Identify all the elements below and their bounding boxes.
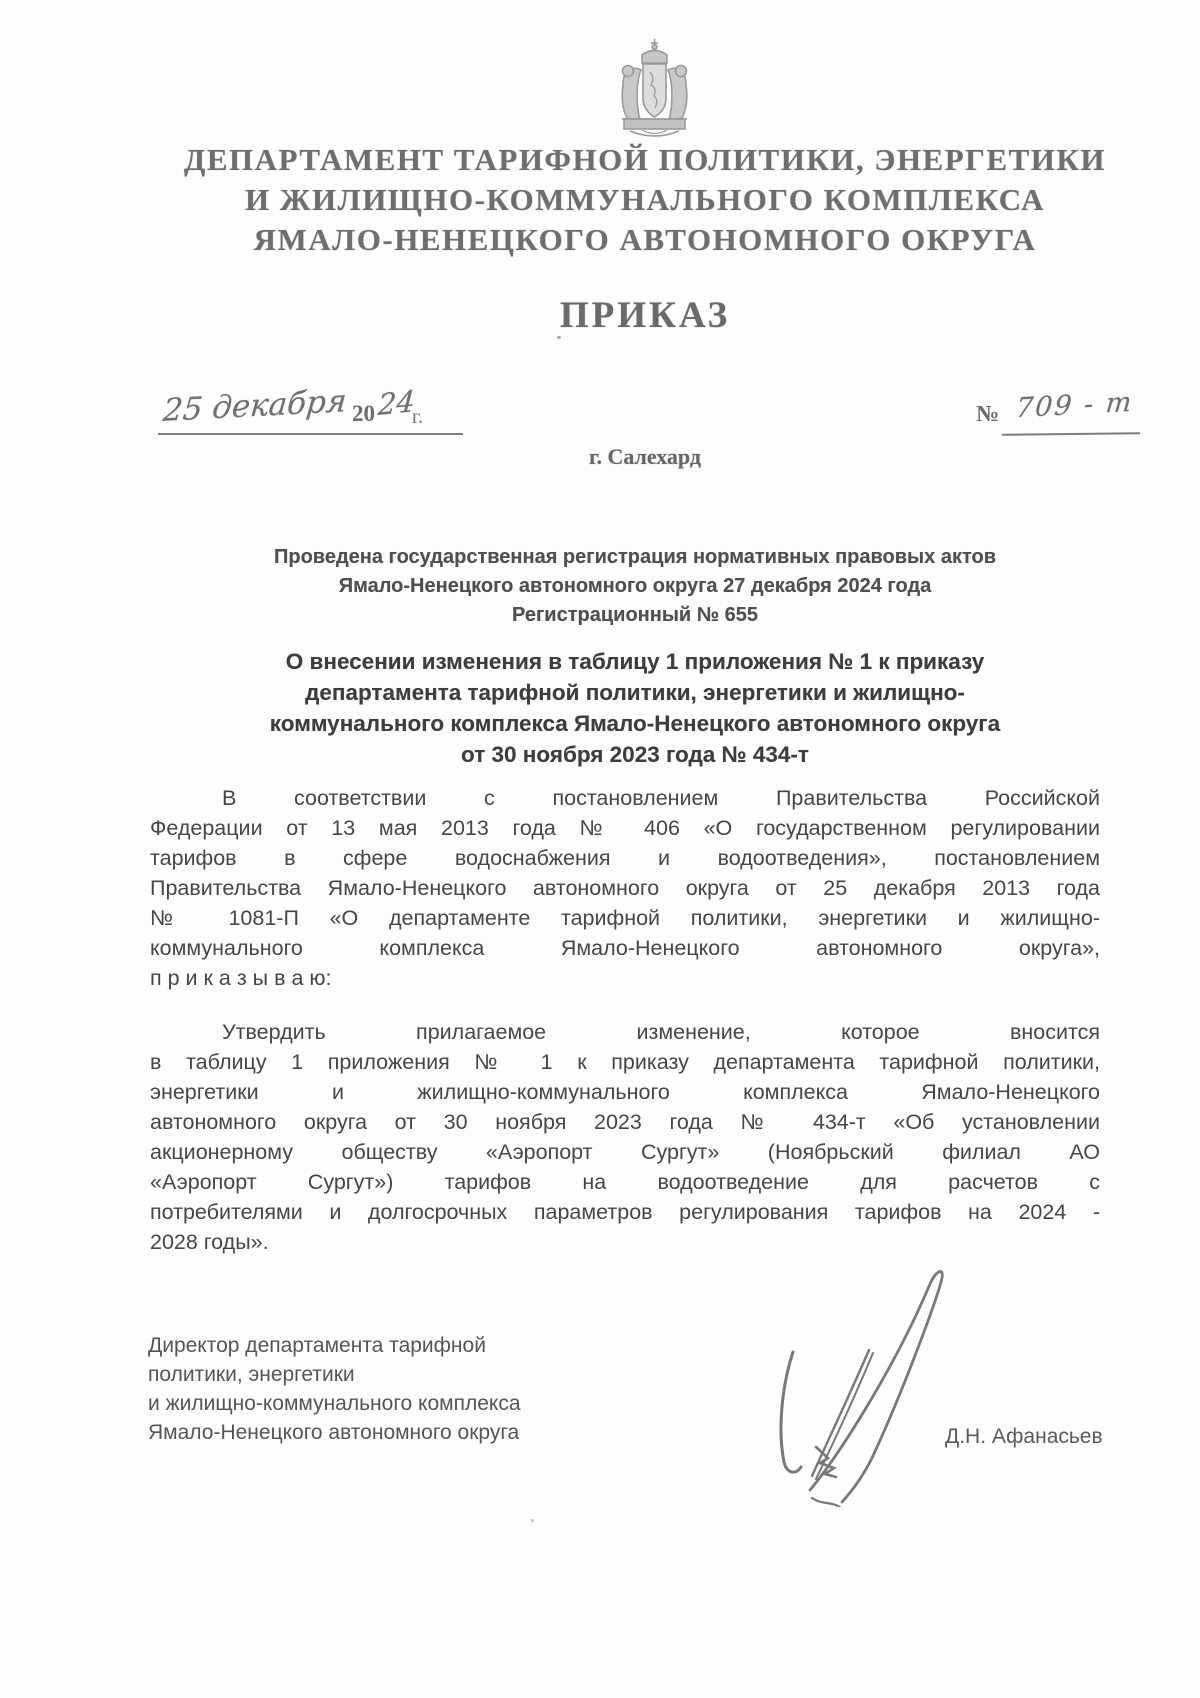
paragraph-line: в таблицу 1 приложения № 1 к приказу деп… [150, 1047, 1100, 1077]
registration-block: Проведена государственная регистрация но… [130, 543, 1140, 630]
subject-line-2: департамента тарифной политики, энергети… [150, 677, 1120, 708]
scanned-order-page: ДЕПАРТАМЕНТ ТАРИФНОЙ ПОЛИТИКИ, ЭНЕРГЕТИК… [0, 0, 1200, 1698]
body-paragraph-1: В соответствии с постановлением Правител… [150, 783, 1100, 993]
paragraph-line: «Аэропорт Сургут») тарифов на водоотведе… [150, 1167, 1100, 1197]
paragraph-line: акционерному обществу «Аэропорт Сургут» … [150, 1137, 1100, 1167]
doc-type-title: ПРИКАЗ [140, 294, 1150, 337]
number-underline [1002, 432, 1140, 435]
org-name: ДЕПАРТАМЕНТ ТАРИФНОЙ ПОЛИТИКИ, ЭНЕРГЕТИК… [140, 140, 1150, 260]
signatory-position: Директор департамента тарифной политики,… [148, 1331, 521, 1447]
subject-line-3: коммунального комплекса Ямало-Ненецкого … [150, 708, 1120, 739]
paragraph-line: п р и к а з ы в а ю: [150, 963, 1100, 993]
paragraph-line: тарифов в сфере водоснабжения и водоотве… [150, 843, 1100, 873]
handwritten-date: 25 декабря [162, 383, 348, 429]
signatory-name: Д.Н. Афанасьев [945, 1425, 1103, 1449]
paragraph-line: 2028 годы». [150, 1227, 1100, 1257]
number-label: № [976, 401, 999, 427]
paragraph-line: энергетики и жилищно-коммунального компл… [150, 1077, 1100, 1107]
year-letter: г. [412, 406, 423, 429]
subject-line-1: О внесении изменения в таблицу 1 приложе… [150, 646, 1120, 677]
coat-of-arms-yanao-icon [612, 38, 697, 146]
registration-line-1: Проведена государственная регистрация но… [130, 543, 1140, 572]
paragraph-line: Правительства Ямало-Ненецкого автономног… [150, 873, 1100, 903]
signatory-position-line-2: политики, энергетики [148, 1360, 521, 1389]
handwritten-number: 709 - т [1015, 387, 1135, 424]
signatory-position-line-1: Директор департамента тарифной [148, 1331, 521, 1360]
registration-line-2: Ямало-Ненецкого автономного округа 27 де… [130, 572, 1140, 601]
body-paragraph-2: Утвердить прилагаемое изменение, которое… [150, 1017, 1100, 1257]
org-name-line-2: И ЖИЛИЩНО-КОММУНАЛЬНОГО КОМПЛЕКСА [140, 180, 1150, 220]
subject-heading: О внесении изменения в таблицу 1 приложе… [150, 646, 1120, 770]
subject-line-4: от 30 ноября 2023 года № 434-т [150, 739, 1120, 770]
signatory-position-line-4: Ямало-Ненецкого автономного округа [148, 1418, 521, 1447]
signature-scrawl [770, 1262, 955, 1507]
paragraph-line: В соответствии с постановлением Правител… [150, 783, 1100, 813]
paragraph-line: Федерации от 13 мая 2013 года № 406 «О г… [150, 813, 1100, 843]
place-line: г. Салехард [140, 444, 1150, 470]
paragraph-line: № 1081-П «О департаменте тарифной полити… [150, 903, 1100, 933]
paragraph-line: Утвердить прилагаемое изменение, которое… [150, 1017, 1100, 1047]
registration-line-3: Регистрационный № 655 [130, 601, 1140, 630]
org-name-line-1: ДЕПАРТАМЕНТ ТАРИФНОЙ ПОЛИТИКИ, ЭНЕРГЕТИК… [140, 140, 1150, 180]
handwritten-year-suffix: 24 [377, 384, 416, 422]
date-underline [158, 433, 463, 435]
paragraph-line: автономного округа от 30 ноября 2023 год… [150, 1107, 1100, 1137]
scan-speck [557, 336, 561, 339]
paragraph-line: коммунального комплекса Ямало-Ненецкого … [150, 933, 1100, 963]
printed-year-prefix: 20 [352, 401, 375, 427]
org-name-line-3: ЯМАЛО-НЕНЕЦКОГО АВТОНОМНОГО ОКРУГА [140, 220, 1150, 260]
scan-speck [531, 1519, 534, 1522]
signatory-position-line-3: и жилищно-коммунального комплекса [148, 1389, 521, 1418]
paragraph-line: потребителями и долгосрочных параметров … [150, 1197, 1100, 1227]
